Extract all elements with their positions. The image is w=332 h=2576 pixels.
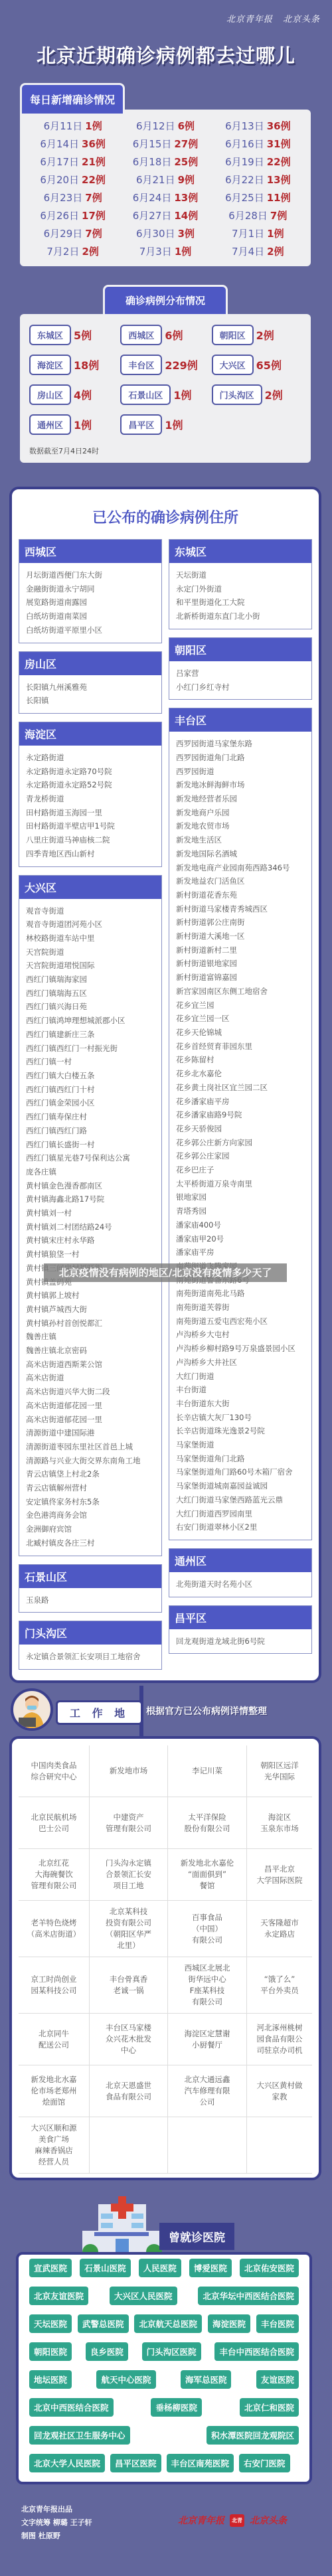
- list-item: 田村路街道玉海园一里: [26, 806, 159, 820]
- hospital-tag: 北京仁和医院: [240, 2398, 299, 2417]
- residence-list: 观音寺街道观音寺街道团河苑小区林校路街道车站中里天宫院街道天宫院街道珺悦国际西红…: [19, 899, 161, 1556]
- district-count: 2例: [256, 327, 274, 343]
- district-block: 通州区北苑街道天时名苑小区: [169, 1548, 312, 1597]
- list-item: 西罗园街道角门北路: [176, 751, 309, 765]
- list-item: 庞各庄镇: [26, 1165, 159, 1179]
- list-item: 金色港湾商务会馆: [26, 1508, 159, 1522]
- district-tag: 海淀区: [29, 355, 71, 375]
- daily-new-cases-section: 每日新增确诊情况 6月11日1例6月12日6例6月13日36例6月14日36例6…: [20, 83, 311, 266]
- list-item: 八里庄街道马神庙核二院: [26, 833, 159, 847]
- daily-case-item: 6月11日1例: [27, 119, 119, 133]
- list-item: 花乡郭公庄家园: [176, 1149, 309, 1163]
- list-item: 右安门街道翠林小区2里: [176, 1520, 309, 1534]
- workplace-cell: 大兴区顺和源 美食广场 麻辣香锅店 经营人员: [19, 2117, 90, 2174]
- list-item: 高米店街道西斯莱公馆: [26, 1358, 159, 1372]
- workplace-cell: 北京天恩盛世 食品有限公司: [90, 2065, 168, 2117]
- workplace-cell: 新发地北水嘉 伦市场老郑州 烩面馆: [19, 2065, 90, 2117]
- list-item: 花乡北水嘉伦: [176, 1067, 309, 1081]
- workplaces-label: 工 作 地: [56, 1700, 143, 1725]
- list-item: 卢沟桥乡大井社区: [176, 1356, 309, 1370]
- list-item: 高米店街道郁花园一里: [26, 1413, 159, 1427]
- list-item: 马家堡街道角门路60号木箱厂宿舍: [176, 1465, 309, 1479]
- distribution-item: 大兴区65例: [212, 355, 303, 375]
- workplace-cell: 天客隆超市 永定路店: [247, 1901, 312, 1957]
- hospital-tag: 宣武医院: [29, 2259, 72, 2277]
- list-item: 新村街道大溪地一区: [176, 929, 309, 943]
- daily-date: 6月16日: [225, 138, 264, 150]
- distribution-item: 东城区5例: [29, 325, 120, 345]
- district-tag: 通州区: [29, 414, 71, 435]
- daily-date: 6月23日: [44, 192, 83, 204]
- hospital-tag: 航天中心医院: [96, 2370, 155, 2389]
- daily-case-item: 6月14日36例: [27, 137, 119, 151]
- district-block: 西城区月坛街道西便门东大街金融街街道永宁胡同展览路街道南露园白纸坊街道南菜园白纸…: [19, 539, 162, 643]
- daily-count: 1例: [175, 246, 191, 258]
- distribution-item: 朝阳区2例: [212, 325, 303, 345]
- daily-count: 9例: [178, 174, 195, 186]
- list-item: 新发地生活区: [176, 833, 309, 847]
- list-item: 清源街道枣园东里社区首邑上城: [26, 1440, 159, 1454]
- list-item: 潘家庙平房: [176, 1246, 309, 1259]
- district-heading: 房山区: [19, 652, 161, 675]
- residence-list: 长阳镇九州溪雅苑长阳镇: [19, 675, 161, 713]
- hospital-tag: 丰台中西医结合医院: [214, 2342, 299, 2361]
- workplace-cell: 西城区北展北 街华远中心 F座某科技 有限公司: [168, 1957, 247, 2014]
- district-count: 6例: [165, 327, 183, 343]
- list-item: 青塔秀园: [176, 1204, 309, 1218]
- daily-case-item: 6月15日27例: [119, 137, 211, 151]
- list-item: 大红门街道西罗园南里: [176, 1507, 309, 1521]
- daily-case-item: 6月21日9例: [119, 173, 211, 187]
- brand-header: 北京青年报 北京头条: [220, 12, 320, 25]
- daily-count: 36例: [82, 138, 106, 150]
- district-block: 门头沟区永定镇合景领汇长安项目工地宿舍: [19, 1621, 162, 1670]
- workplace-cell: 丰台区马家楼 众兴花木批发 中心: [90, 2014, 168, 2065]
- hospital-tag: 石景山医院: [80, 2259, 131, 2277]
- list-item: 高米店街道兴华大街二段: [26, 1385, 159, 1399]
- daily-case-item: 6月27日14例: [119, 208, 211, 222]
- daily-case-item: 6月30日3例: [119, 226, 211, 240]
- hospital-tag: 武警总医院: [78, 2314, 129, 2333]
- list-item: 青云店镇解州营村: [26, 1481, 159, 1495]
- list-item: 花乡潘家庙路9号院: [176, 1108, 309, 1122]
- daily-date: 6月20日: [40, 174, 79, 186]
- daily-date: 7月1日: [232, 228, 264, 240]
- list-item: 新发地冰鲜海鲜市场: [176, 778, 309, 792]
- list-item: 西红门镇一村: [26, 1055, 159, 1069]
- workplace-cell: 老羊特色烧烤 （高米店街道）: [19, 1901, 90, 1957]
- list-item: 和平里街道化工大院: [176, 596, 309, 609]
- workplace-cell: 北京民航机场 巴士公司: [19, 1797, 90, 1849]
- hospital-tag: 北京中西医结合医院: [29, 2398, 114, 2417]
- district-heading: 门头沟区: [19, 1621, 161, 1645]
- list-item: 新发地国际名酒城: [176, 847, 309, 861]
- workplace-cell: 海淀区 玉泉东市场: [247, 1797, 312, 1849]
- daily-count: 6例: [178, 120, 195, 132]
- list-item: 永定路街道: [26, 751, 159, 765]
- list-item: 黄村镇金色漫香郡南区: [26, 1179, 159, 1193]
- hospitals-list: 宣武医院石景山医院人民医院博爱医院北京佑安医院北京友谊医院大兴区人民医院北京华坛…: [16, 2252, 312, 2484]
- hospital-tag: 大兴区人民医院: [110, 2287, 177, 2305]
- brand-bjtoutiao-logo: 北京头条: [250, 2514, 287, 2527]
- list-item: 安定镇佟家务村东5条: [26, 1495, 159, 1509]
- daily-count: 7例: [85, 228, 102, 240]
- list-item: 新村街道富锦嘉园: [176, 971, 309, 985]
- district-block: 房山区长阳镇九州溪雅苑长阳镇: [19, 651, 162, 714]
- list-item: 玉泉路: [26, 1593, 159, 1607]
- district-block: 大兴区观音寺街道观音寺街道团河苑小区林校路街道车站中里天宫院街道天宫院街道珺悦国…: [19, 875, 162, 1556]
- list-item: 花乡天伦锦城: [176, 1026, 309, 1040]
- daily-count: 21例: [82, 156, 106, 168]
- daily-date: 6月22日: [225, 174, 264, 186]
- list-item: 林校路街道车站中里: [26, 931, 159, 945]
- hospital-tag: 北京佑安医院: [240, 2259, 299, 2277]
- list-item: 黄村镇狼垡一村: [26, 1248, 159, 1261]
- distribution-item: 丰台区229例: [120, 355, 211, 375]
- district-tag: 昌平区: [120, 414, 162, 435]
- workplace-cell: 大兴区黄村做 家教: [247, 2065, 312, 2117]
- daily-count: 1例: [85, 120, 102, 132]
- list-item: 北臧村镇皮各庄三村: [26, 1536, 159, 1550]
- list-item: 西红门镇寿保庄村: [26, 1110, 159, 1124]
- list-item: 黄村镇孙村首创悦都汇: [26, 1317, 159, 1330]
- district-heading: 东城区: [169, 540, 311, 563]
- list-item: 花乡黄土岗社区宜兰园二区: [176, 1081, 309, 1095]
- distribution-section-label: 确诊病例分布情况: [103, 285, 228, 314]
- daily-count: 31例: [267, 138, 291, 150]
- graphics-credit: 制图 杜原野: [21, 2530, 332, 2543]
- list-item: 新村街道郭公庄南街: [176, 916, 309, 929]
- daily-case-item: 6月16日31例: [212, 137, 304, 151]
- list-item: 青云店镇垡上村北2条: [26, 1467, 159, 1481]
- brand-bjyouth-logo: 北京青年报: [178, 2514, 224, 2527]
- daily-case-item: 6月13日36例: [212, 119, 304, 133]
- overlay-caption-banner: 北京疫情没有病例的地区/北京没有疫情多少天了: [44, 1263, 287, 1282]
- residence-list: 回龙观街道龙域北街6号院: [169, 1629, 311, 1654]
- list-item: 潘家庙400号: [176, 1218, 309, 1232]
- district-count: 2例: [265, 387, 283, 402]
- list-item: 西红门镇建新庄三条: [26, 1028, 159, 1042]
- district-tag: 丰台区: [120, 355, 162, 375]
- daily-case-item: 6月29日7例: [27, 226, 119, 240]
- list-item: 花乡首经贸育菲园东里: [176, 1040, 309, 1054]
- list-item: 太平桥街道万泉寺南里: [176, 1177, 309, 1191]
- brand-bjyouth-logo: 北京青年报: [226, 15, 273, 25]
- daily-count: 27例: [174, 138, 198, 150]
- list-item: 观音寺街道: [26, 904, 159, 918]
- residences-right-column: 东城区天坛街道永定门外街道和平里街道化工大院北新桥街道东直门北小街朝阳区吕家营小…: [169, 539, 312, 1670]
- list-item: 卢沟桥乡大屯村: [176, 1328, 309, 1342]
- list-item: 新发地商户乐园: [176, 806, 309, 820]
- list-item: 新村街道花香东苑: [176, 888, 309, 902]
- list-item: 观音寺街道团河苑小区: [26, 918, 159, 931]
- residences-title: 已公布的确诊病例住所: [19, 507, 312, 527]
- workplace-cell: “饿了么” 平台外卖员: [247, 1957, 312, 2014]
- daily-case-item: 6月25日11例: [212, 191, 304, 204]
- list-item: 花乡潘家庙平房: [176, 1095, 309, 1109]
- district-heading: 丰台区: [169, 708, 311, 732]
- daily-count: 7例: [85, 192, 102, 204]
- daily-count: 13例: [174, 192, 198, 204]
- workplace-cell: 门头沟永定镇 合景领汇长安 项目工地: [90, 1849, 168, 1901]
- hospital-tag: 门头沟区医院: [142, 2342, 201, 2361]
- list-item: 黄村镇海鑫北路17号院: [26, 1192, 159, 1206]
- district-block: 昌平区回龙观街道龙域北街6号院: [169, 1605, 312, 1654]
- daily-count: 3例: [178, 228, 195, 240]
- data-cutoff-note: 数据截至7月4日24时: [29, 445, 303, 456]
- hospital-tag: 北京航天总医院: [134, 2314, 202, 2333]
- daily-count: 13例: [267, 174, 291, 186]
- daily-count: 17例: [82, 210, 106, 222]
- daily-case-item: 6月18日25例: [119, 155, 211, 169]
- district-heading: 昌平区: [169, 1606, 311, 1629]
- list-item: 白纸坊街道平原里小区: [26, 623, 159, 637]
- district-block: 朝阳区吕家营小红门乡红寺村: [169, 637, 312, 700]
- list-item: 长阳镇九州溪雅苑: [26, 681, 159, 694]
- distribution-item: 门头沟区2例: [212, 384, 303, 405]
- district-heading: 西城区: [19, 540, 161, 563]
- district-tag: 大兴区: [212, 355, 254, 375]
- residence-list: 北苑街道天时名苑小区: [169, 1572, 311, 1597]
- brand-bjtoutiao-logo: 北京头条: [283, 15, 320, 25]
- list-item: 新发地农贸市场: [176, 819, 309, 833]
- list-item: 西红门镇长盛街一村: [26, 1138, 159, 1152]
- list-item: 花乡郭公庄新方向家园: [176, 1136, 309, 1150]
- daily-case-item: 6月20日22例: [27, 173, 119, 187]
- hospital-tag: 丰台区南苑医院: [167, 2454, 234, 2472]
- workplace-cell: 北京红花 大海碗餐饮 管理有限公司: [19, 1849, 90, 1901]
- list-item: 马家堡街道城南嘉园益诚园: [176, 1479, 309, 1493]
- list-item: 西红门镇西红门十村: [26, 1083, 159, 1097]
- workplaces-table: 中国肉类食品 综合研究中心新发地市场李记川菜朝阳区远洋 光华国际北京民航机场 巴…: [19, 1745, 312, 2174]
- hospital-tag: 友谊医院: [256, 2370, 299, 2389]
- list-item: 展览路街道南露园: [26, 596, 159, 609]
- district-tag: 门头沟区: [212, 384, 262, 405]
- list-item: 白纸坊街道南菜园: [26, 609, 159, 623]
- daily-case-item: 7月3日1例: [119, 244, 211, 258]
- daily-case-item: 7月2日2例: [27, 244, 119, 258]
- daily-date: 6月11日: [44, 120, 83, 132]
- daily-case-item: 7月4日2例: [212, 244, 304, 258]
- hospital-tag: 北京友谊医院: [29, 2287, 88, 2305]
- district-heading: 大兴区: [19, 876, 161, 899]
- list-item: 青龙桥街道: [26, 792, 159, 806]
- list-item: 西罗园街道: [176, 765, 309, 779]
- workplace-cell: 李记川菜: [168, 1745, 247, 1797]
- daily-date: 6月29日: [44, 228, 83, 240]
- daily-date: 6月18日: [133, 156, 172, 168]
- list-item: 小红门乡红寺村: [176, 681, 309, 694]
- list-item: 新村街道新村二里: [176, 943, 309, 957]
- hospitals-section: 曾就诊医院 宣武医院石景山医院人民医院博爱医院北京佑安医院北京友谊医院大兴区人民…: [0, 2192, 332, 2484]
- worker-avatar-icon: [11, 1688, 53, 1731]
- list-item: 黄村镇芦城西大街: [26, 1303, 159, 1317]
- list-item: 回龙观街道龙域北街6号院: [176, 1635, 309, 1649]
- workplace-cell: [247, 2117, 312, 2174]
- list-item: 新村街道马家楼青秀城西区: [176, 902, 309, 916]
- list-item: 高米店街道: [26, 1371, 159, 1385]
- district-count: 229例: [165, 357, 197, 372]
- list-item: 永定镇合景领汇长安项目工地宿舍: [26, 1650, 159, 1664]
- workplace-cell: 新发地北水嘉伦 “面面俱到” 餐馆: [168, 1849, 247, 1901]
- brand-footer: 北京青年报 北青 北京头条: [178, 2514, 287, 2527]
- residences-section: 已公布的确诊病例住所 西城区月坛街道西便门东大街金融街街道永宁胡同展览路街道南露…: [9, 487, 321, 1683]
- footer: 北京青年报出品 文字统筹 柳璐 王子轩 制图 杜原野 北京青年报 北青 北京头条: [21, 2503, 332, 2549]
- workplace-cell: 中建资产 管理有限公司: [90, 1797, 168, 1849]
- distribution-item: 石景山区1例: [120, 384, 211, 405]
- workplace-cell: 百事食品 （中国） 有限公司: [168, 1901, 247, 1957]
- list-item: 南苑街道南苑北马路: [176, 1287, 309, 1301]
- list-item: 南苑街道五爱屯西宏苑小区: [176, 1315, 309, 1328]
- list-item: 潘家庙甲20号: [176, 1232, 309, 1246]
- district-count: 65例: [256, 357, 282, 372]
- hospital-tag: 天坛医院: [29, 2314, 72, 2333]
- hospital-tag: 博爱医院: [189, 2259, 232, 2277]
- list-item: 花乡陈留村: [176, 1053, 309, 1067]
- district-heading: 朝阳区: [169, 638, 311, 661]
- list-item: 永定路街道永定路70号院: [26, 765, 159, 779]
- list-item: 金融街街道永宁胡同: [26, 582, 159, 596]
- hospitals-label: 曾就诊医院: [159, 2223, 234, 2250]
- list-item: 西红门镇西红门路: [26, 1124, 159, 1138]
- list-item: 新发地益农门活鱼区: [176, 874, 309, 888]
- list-item: 清源路与兴业大街交界东南角工地: [26, 1454, 159, 1468]
- hospital-tag: 海淀医院: [208, 2314, 250, 2333]
- workplace-cell: 朝阳区远洋 光华国际: [247, 1745, 312, 1797]
- hospital-tag: 昌平区医院: [110, 2454, 161, 2472]
- list-item: 南苑街道芙蓉街: [176, 1301, 309, 1315]
- list-item: 高米店街道郁花园一里: [26, 1399, 159, 1413]
- daily-count: 2例: [267, 246, 284, 258]
- list-item: 四季青地区西山新村: [26, 847, 159, 861]
- distribution-item: 房山区4例: [29, 384, 120, 405]
- workplace-cell: 昌平北京 大学国际医院: [247, 1849, 312, 1901]
- page-title: 北京近期确诊病例都去过哪儿: [0, 0, 332, 68]
- list-item: 卢沟桥乡柳村路9号万泉盛景园小区: [176, 1342, 309, 1356]
- residence-list: 玉泉路: [19, 1588, 161, 1613]
- daily-case-item: 6月17日21例: [27, 155, 119, 169]
- residence-list: 西罗园街道马家堡东路西罗园街道角门北路西罗园街道新发地冰鲜海鲜市场新发地经营者乐…: [169, 732, 311, 1540]
- hospital-tag: 右安门医院: [239, 2454, 290, 2472]
- list-item: 新发地电商产业园南苑西路346号: [176, 861, 309, 875]
- workplace-cell: 河北涿州桃树 园食品有限公 司驻京办司机: [247, 2014, 312, 2065]
- list-item: 西红门镇鸿坤理想城派郡小区: [26, 1014, 159, 1028]
- daily-case-item: 7月1日1例: [212, 226, 304, 240]
- list-item: 新发地经营者乐园: [176, 792, 309, 806]
- daily-count: 7例: [270, 210, 287, 222]
- hospital-tag: 朝阳医院: [29, 2342, 72, 2361]
- list-item: 花乡宜兰园: [176, 999, 309, 1012]
- list-item: 田村路街道半壁店甲1号院: [26, 819, 159, 833]
- district-heading: 通州区: [169, 1549, 311, 1572]
- district-count: 18例: [74, 357, 99, 372]
- workplace-cell: 新发地市场: [90, 1745, 168, 1797]
- daily-date: 7月2日: [46, 246, 79, 258]
- daily-count: 36例: [267, 120, 291, 132]
- workplace-cell: [168, 2117, 247, 2174]
- list-item: 丰台街道东大街: [176, 1397, 309, 1411]
- list-item: 金洲御府宾馆: [26, 1522, 159, 1536]
- distribution-item: 通州区1例: [29, 414, 120, 435]
- workplace-cell: 京工时尚创业 园某科技公司: [19, 1957, 90, 2014]
- hospital-tag: 北京华坛中西医结合医院: [198, 2287, 299, 2305]
- list-item: 长辛店街道珠光逸景2号院: [176, 1424, 309, 1438]
- list-item: 西红门镇星光巷7号保利达公寓: [26, 1151, 159, 1165]
- daily-date: 6月12日: [136, 120, 175, 132]
- daily-cases-grid: 6月11日1例6月12日6例6月13日36例6月14日36例6月15日27例6月…: [20, 110, 311, 266]
- workplace-cell: 中国肉类食品 综合研究中心: [19, 1745, 90, 1797]
- hospital-tag: 良乡医院: [86, 2342, 128, 2361]
- daily-date: 6月21日: [136, 174, 175, 186]
- distribution-item: 西城区6例: [120, 325, 211, 345]
- list-item: 大红门街道马家堡西路蓝光云鼎: [176, 1493, 309, 1507]
- daily-date: 6月26日: [40, 210, 79, 222]
- residence-list: 永定路街道永定路街道永定路70号院永定路街道永定路52号院青龙桥街道田村路街道玉…: [19, 746, 161, 866]
- list-item: 新宫家园南区东侧工地宿舍: [176, 985, 309, 999]
- hospital-tag: 地坛医院: [29, 2370, 72, 2389]
- district-heading: 石景山区: [19, 1565, 161, 1588]
- residence-list: 月坛街道西便门东大街金融街街道永宁胡同展览路街道南露园白纸坊街道南菜园白纸坊街道…: [19, 563, 161, 643]
- district-tag: 朝阳区: [212, 325, 254, 345]
- list-item: 花乡巴庄子: [176, 1163, 309, 1177]
- list-item: 大红门街道: [176, 1370, 309, 1384]
- list-item: 西罗园街道马家堡东路: [176, 737, 309, 751]
- daily-date: 6月27日: [133, 210, 172, 222]
- list-item: 银地家园: [176, 1190, 309, 1204]
- distribution-item: 海淀区18例: [29, 355, 120, 375]
- hospital-tag: 北京大学人民医院: [29, 2454, 105, 2472]
- list-item: 天坛街道: [176, 568, 309, 582]
- district-block: 海淀区永定路街道永定路街道永定路70号院永定路街道永定路52号院青龙桥街道田村路…: [19, 722, 162, 867]
- list-item: 黄村镇宋庄村永华路: [26, 1234, 159, 1248]
- district-block: 石景山区玉泉路: [19, 1564, 162, 1613]
- list-item: 西红门镇兴海日苑: [26, 1000, 159, 1014]
- list-item: 黄村镇郭上坡村: [26, 1289, 159, 1303]
- list-item: 马家堡街道: [176, 1438, 309, 1452]
- daily-count: 14例: [174, 210, 198, 222]
- list-item: 天宫院街道: [26, 945, 159, 959]
- hospital-tag: 积水潭医院回龙观院区: [207, 2426, 299, 2445]
- workplace-cell: 太平洋保险 股份有限公司: [168, 1797, 247, 1849]
- list-item: 西红门镇大白楼五条: [26, 1069, 159, 1083]
- distribution-grid: 东城区5例西城区6例朝阳区2例海淀区18例丰台区229例大兴区65例房山区4例石…: [20, 314, 311, 463]
- daily-count: 22例: [82, 174, 106, 186]
- daily-date: 6月14日: [40, 138, 79, 150]
- list-item: 丰台街道: [176, 1383, 309, 1397]
- list-item: 新村街道银地家园: [176, 957, 309, 971]
- list-item: 西红门镇瑞海家园: [26, 973, 159, 987]
- residences-left-column: 西城区月坛街道西便门东大街金融街街道永宁胡同展览路街道南露园白纸坊街道南菜园白纸…: [19, 539, 162, 1670]
- hospital-tag: 回龙观社区卫生服务中心: [29, 2426, 130, 2445]
- district-count: 1例: [74, 417, 92, 432]
- workplace-cell: 丰台骨真香 老诚一锅: [90, 1957, 168, 2014]
- list-item: 天宫院街道珺悦国际: [26, 959, 159, 973]
- daily-count: 25例: [174, 156, 198, 168]
- daily-count: 1例: [267, 228, 284, 240]
- daily-case-item: 6月19日22例: [212, 155, 304, 169]
- workplace-cell: 海淀区定慧谢 小厨餐厅: [168, 2014, 247, 2065]
- district-count: 4例: [74, 387, 92, 402]
- list-item: 魏善庄镇北京密码: [26, 1344, 159, 1358]
- daily-date: 6月17日: [40, 156, 79, 168]
- district-count: 1例: [173, 387, 191, 402]
- district-count: 1例: [165, 417, 183, 432]
- daily-date: 6月24日: [133, 192, 172, 204]
- daily-date: 6月13日: [225, 120, 264, 132]
- daily-date: 6月30日: [136, 228, 175, 240]
- list-item: 吕家营: [176, 667, 309, 681]
- daily-date: 6月25日: [225, 192, 264, 204]
